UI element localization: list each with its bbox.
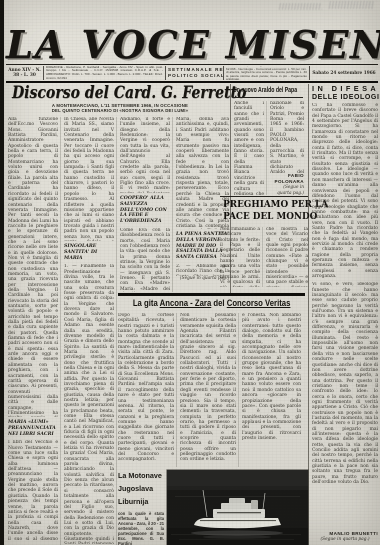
scan-edge bbox=[0, 0, 4, 545]
preghiamo-col1: Non rimaniamo a medicare soltanto le fer… bbox=[220, 227, 263, 287]
difesa-text2: Vi sono, è vero, ideologie funeste che h… bbox=[312, 282, 378, 485]
gita-headline-mid: del bbox=[211, 298, 226, 308]
preghiamo-article: Non rimaniamo a medicare soltanto le fer… bbox=[220, 227, 308, 287]
ship-photo-caption: con la quale è stata effettuata la gita … bbox=[118, 511, 164, 545]
preghiamo-rule bbox=[220, 196, 308, 197]
difesa-body: Ci ha commosso e confortato il breve dis… bbox=[312, 103, 378, 531]
discorso-headline: Discorso del Card. G. Ferretto bbox=[12, 83, 230, 102]
column-rule-right bbox=[308, 84, 309, 545]
difesa-continuation-note: (Segue in quarta pag.) bbox=[312, 537, 378, 543]
preghiamo-col2: che mostra la voce del Vicario di Cristo… bbox=[266, 227, 308, 287]
fineprint-right-cell: PUBBLICITÀ: presso Agenzia - Piazza Gari… bbox=[223, 66, 309, 80]
fineprint-left-cell: DIREZIONE - Redazione, P. Garibaldi - Se… bbox=[43, 66, 165, 80]
discorso-col2-text2: 1. — Finalmente la Predestinazione divin… bbox=[64, 264, 114, 544]
dateline: Sabato 24 settembre 1966 bbox=[312, 71, 376, 76]
gita-col2: Non possiamo dimenticare la cortesia ver… bbox=[180, 313, 239, 467]
gita-headline: La gita Ancona - Zara del Concorso Verit… bbox=[118, 298, 305, 308]
masthead-fineprint-left: DIREZIONE - Redazione, P. Garibaldi - Se… bbox=[46, 66, 163, 80]
discorso-deck-line2: DEL QUINTO CENTENARIO DI «NOSTRA SIGNORA… bbox=[14, 108, 226, 113]
discorso-deck: A MONTEMARCIANO, L'11 SETTEMBRE 1966, IN… bbox=[14, 103, 226, 114]
discorso-col3-text2: Come Eva con la disobbedienza recò la mo… bbox=[120, 228, 170, 292]
dateline-cell: Sabato 24 settembre 1966 bbox=[309, 66, 378, 80]
araldo-col1: Anche i fanciulli sanno che i grandi avv… bbox=[234, 101, 267, 195]
araldo-article: Anche i fanciulli sanno che i grandi avv… bbox=[234, 101, 304, 195]
discorso-col3-text: Andiamo, il forte e l'umile insieme, al … bbox=[120, 117, 170, 193]
motonave-title-line3: Liburnija bbox=[118, 498, 164, 506]
motonave-block: La Motonave Jugoslava Liburnija con la q… bbox=[118, 472, 164, 545]
discorso-col3: Andiamo, il forte e l'umile insieme, al … bbox=[120, 117, 173, 292]
gita-col3: e l'onestà. Non abbiamo più avuto i nost… bbox=[242, 313, 301, 467]
difesa-text1: Ci ha commosso e confortato il breve dis… bbox=[312, 103, 378, 279]
discorso-col1-text: Alla funzione dell'Ecc.mo Vescovo Mons. … bbox=[8, 117, 58, 417]
araldo-col2-text: nazionale di Oriolo e Patrizi, Premio Ro… bbox=[270, 101, 304, 173]
motonave-title-line2: Jugoslava bbox=[118, 485, 164, 493]
discorso-col1-text2: I libri del Vecchio e Nuovo Testamento —… bbox=[8, 440, 58, 540]
difesa-article: Ci ha commosso e confortato il breve dis… bbox=[312, 103, 378, 543]
difesa-headline-line2: DELLE IDEOLOGIE bbox=[312, 93, 378, 102]
difesa-headline: IN DIFESA DELLE IDEOLOGIE bbox=[312, 84, 378, 102]
preghiamo-headline: PREGHIAMO PER LA PACE DEL MONDO bbox=[220, 199, 308, 223]
masthead-fineprint-right: PUBBLICITÀ: presso Agenzia - Piazza Gari… bbox=[226, 66, 307, 80]
araldo-headline: Un nuovo Araldo del Papa bbox=[233, 85, 305, 94]
araldo-byline: FABIO POLONARA bbox=[270, 173, 304, 185]
preghiamo-headline-line2: PACE DEL MONDO bbox=[223, 211, 305, 223]
gita-col2-text: Non possiamo dimenticare la cortesia ver… bbox=[180, 313, 236, 467]
ship-illustration bbox=[167, 470, 308, 545]
issue-number: Anno XIV - N. 38 - L. 30 bbox=[8, 68, 41, 78]
gita-headline-contest: Concorso Veritas bbox=[227, 298, 291, 308]
motonave-title-line1: La Motonave bbox=[118, 472, 164, 480]
paper-type-line2: POLITICO SOCIALE bbox=[168, 73, 221, 79]
discorso-col3-subhead: COOPERO' ALLA SALVEZZA DELL'UOMO CON LA … bbox=[120, 196, 170, 225]
pencil-mark bbox=[278, 3, 322, 10]
gita-article: Dopo la cortese ospitalità ricevuta, i n… bbox=[118, 313, 305, 467]
gita-banner-rule bbox=[118, 293, 305, 296]
gita-col1: Dopo la cortese ospitalità ricevuta, i n… bbox=[118, 313, 177, 467]
preghiamo-col2-text: che mostra la voce del Vicario di Cristo… bbox=[266, 227, 308, 287]
araldo-continuation-note: (Segue in quarta pag.) bbox=[270, 185, 304, 195]
araldo-headline-rule bbox=[233, 97, 303, 98]
araldo-col1-text: Anche i fanciulli sanno che i grandi avv… bbox=[234, 101, 264, 195]
gita-col1-text: Dopo la cortese ospitalità ricevuta, i n… bbox=[118, 313, 174, 467]
discorso-col1: Alla funzione dell'Ecc.mo Vescovo Mons. … bbox=[8, 117, 61, 545]
difesa-headline-line1: IN DIFESA bbox=[312, 84, 378, 93]
discorso-col2: In Chiesa, alle Novità di Maria SS., sia… bbox=[64, 117, 117, 545]
gita-col3-text: e l'onestà. Non abbiamo più avuto i nost… bbox=[242, 313, 301, 467]
ship-photo bbox=[167, 470, 308, 545]
gita-headline-pre: La gita bbox=[133, 298, 160, 308]
discorso-col2-subhead: SINGOLARE SANTITA' DI MARIA bbox=[64, 244, 114, 261]
discorso-col2-text: In Chiesa, alle Novità di Maria SS., sia… bbox=[64, 117, 114, 241]
masthead-title: LA VOCE MISENA bbox=[6, 25, 378, 65]
issue-number-cell: Anno XIV - N. 38 - L. 30 bbox=[6, 66, 43, 80]
newspaper-page: LA VOCE MISENA Anno XIV - N. 38 - L. 30 … bbox=[0, 0, 380, 545]
preghiamo-col1-text: Non rimaniamo a medicare soltanto le fer… bbox=[220, 227, 260, 287]
pencil-mark bbox=[328, 1, 374, 9]
araldo-col2: nazionale di Oriolo e Patrizi, Premio Ro… bbox=[270, 101, 304, 195]
preghiamo-headline-line1: PREGHIAMO PER LA bbox=[223, 199, 305, 211]
masthead-info-strip: Anno XIV - N. 38 - L. 30 DIREZIONE - Red… bbox=[6, 66, 378, 80]
paper-type-cell: SETTIMANALE RELIGIOSO POLITICO SOCIALE bbox=[165, 66, 223, 80]
gita-headline-route: Ancona - Zara bbox=[160, 298, 212, 308]
discorso-col1-subhead: MARIA «LUMI» PREANNUNCIATA NEI LIBRI SAC… bbox=[8, 420, 58, 437]
